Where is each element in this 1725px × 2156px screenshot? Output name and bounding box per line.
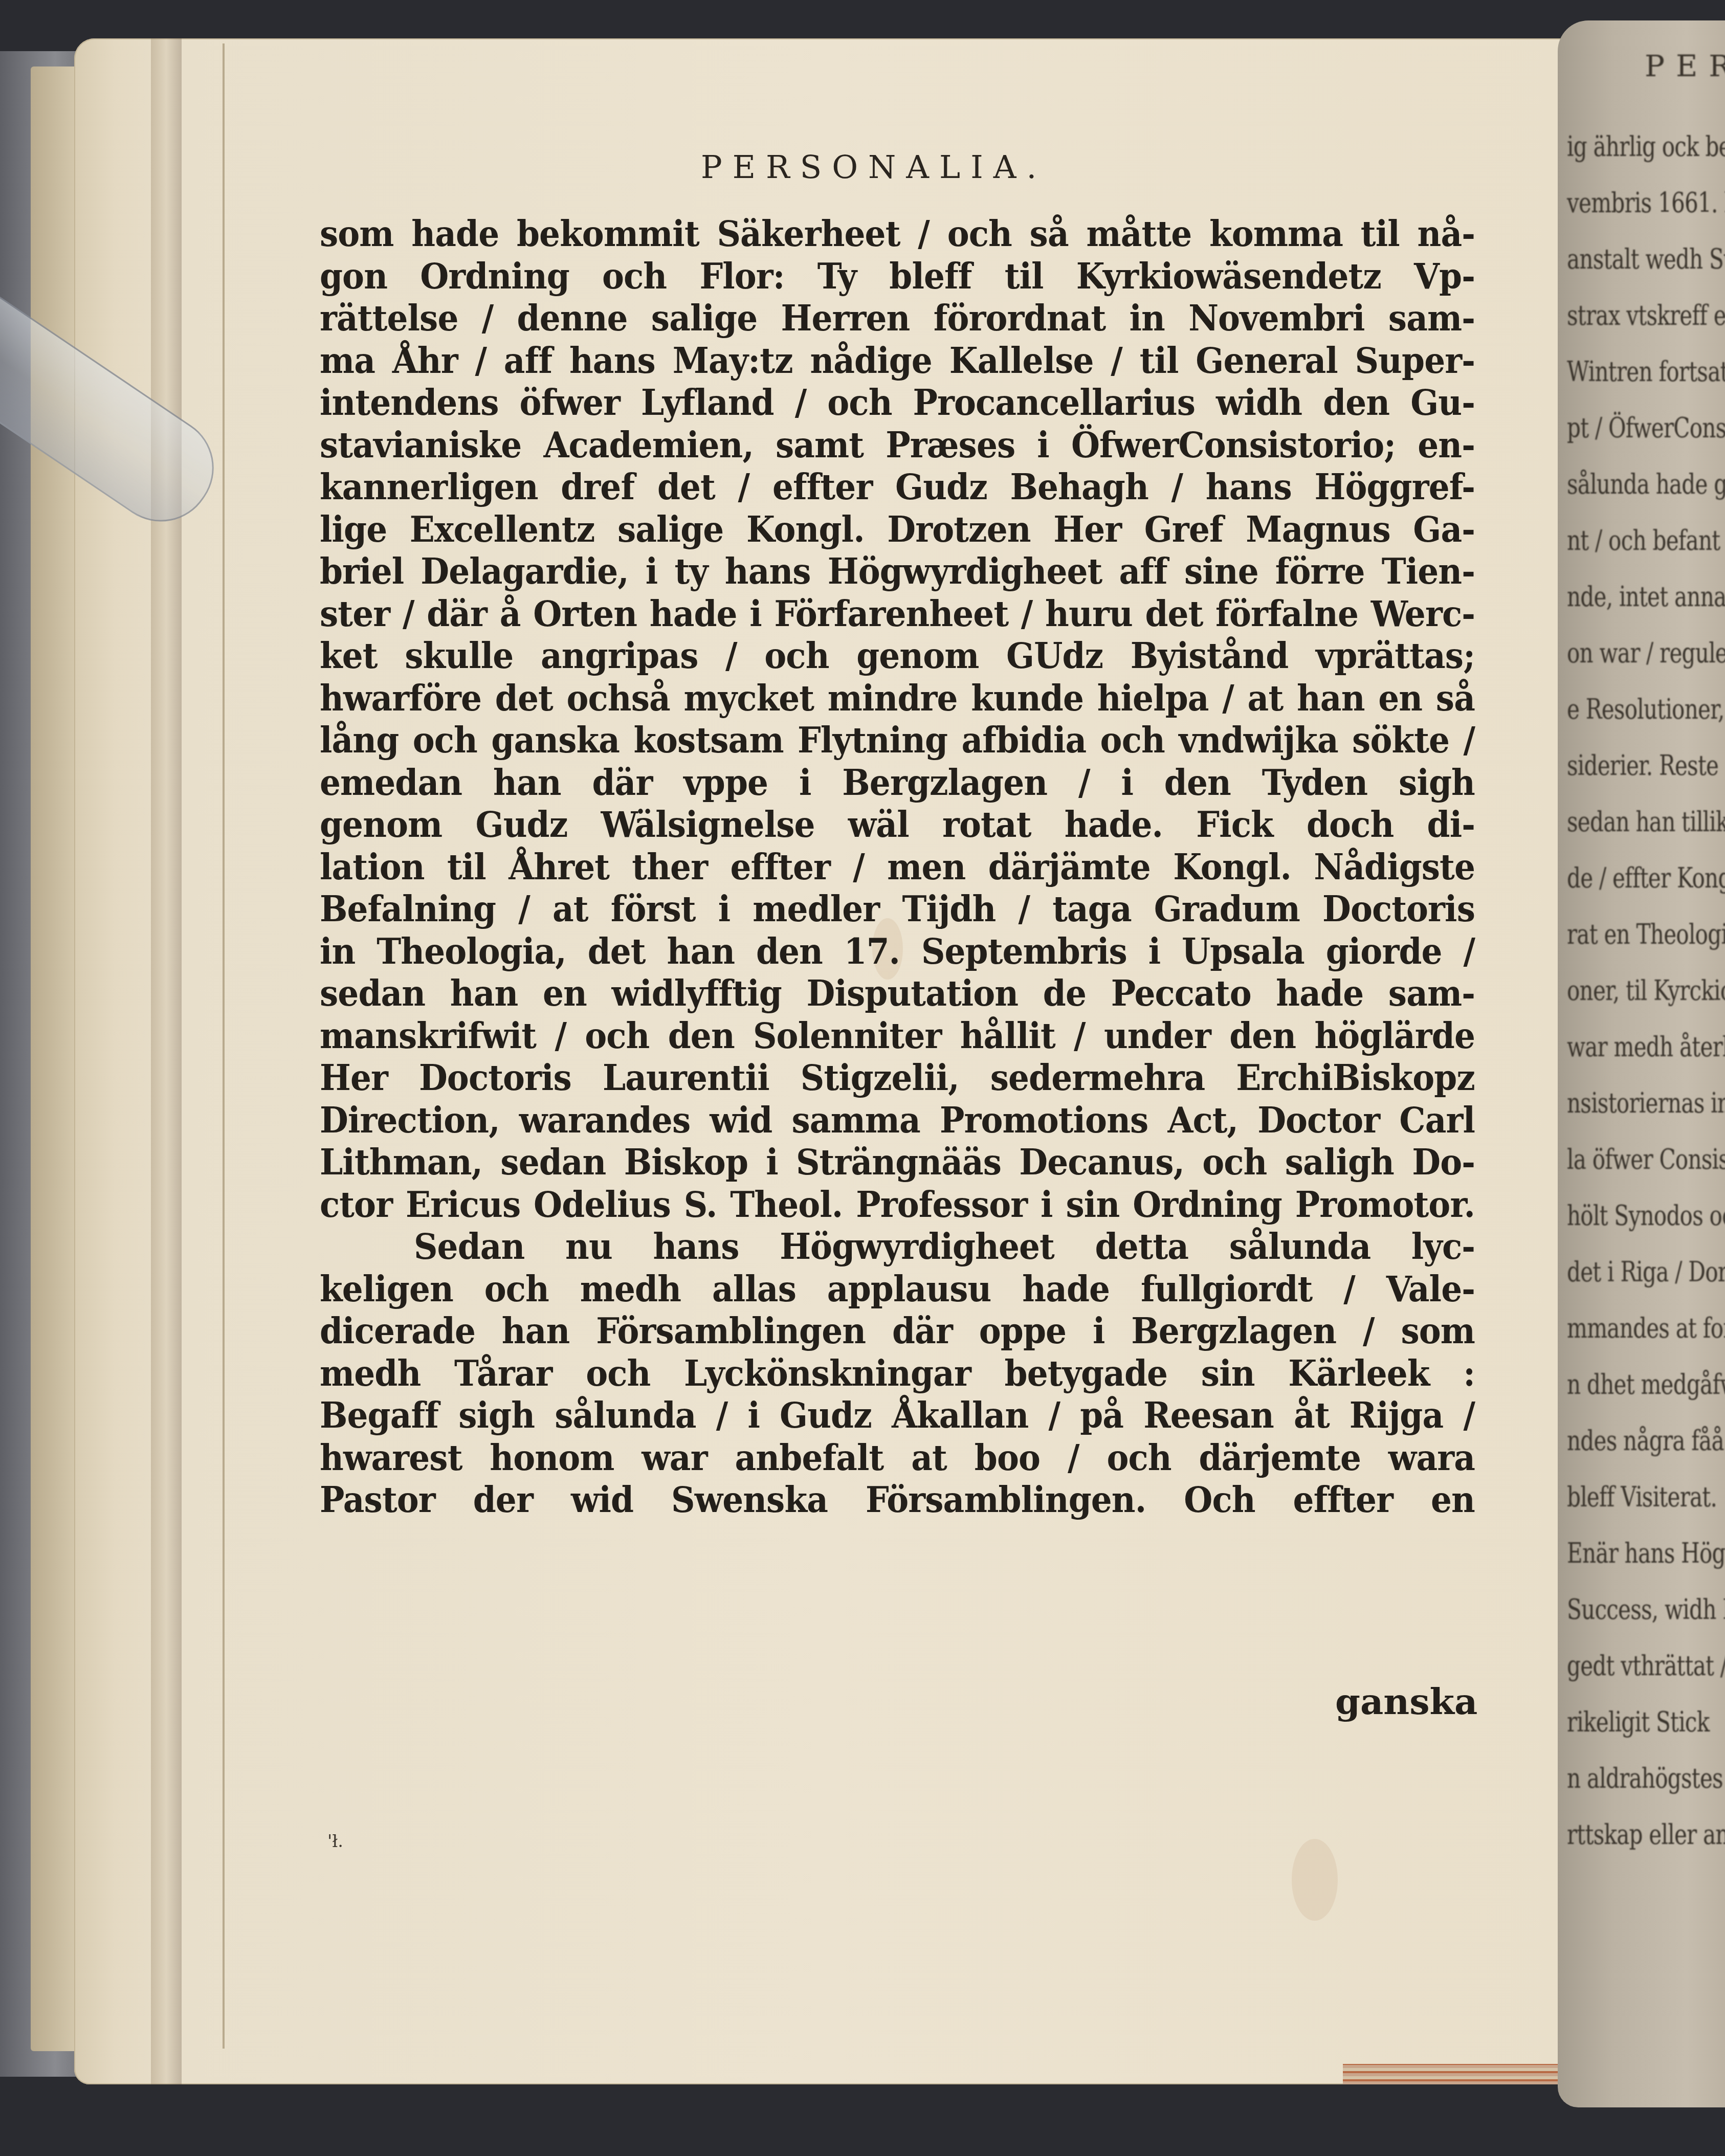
text-line: lige Excellentz salige Kongl. Drotzen He…: [320, 508, 1475, 550]
text-line: briel Delagardie, i ty hans Högwyrdighee…: [320, 550, 1475, 592]
text-line: Direction, warandes wid samma Promotions…: [320, 1099, 1475, 1141]
facing-text-line: nt / och befant huru d: [1567, 524, 1725, 557]
facing-text-line: ndes några fåå S: [1567, 1425, 1725, 1457]
facing-text-line: mmandes at forts: [1567, 1312, 1725, 1344]
facing-text-line: anstalt wedh Swensk: [1567, 243, 1725, 275]
text-line: stavianiske Academien, samt Præses i Öfw…: [320, 424, 1475, 466]
text-line: Befalning / at först i medler Tijdh / ta…: [320, 887, 1475, 930]
facing-text-line: rat en TheologistC: [1567, 918, 1725, 950]
red-page-edge: [1343, 2064, 1568, 2084]
facing-text-line: bleff Visiterat.: [1567, 1481, 1717, 1513]
text-line: lation til Åhret ther effter / men därjä…: [320, 846, 1475, 888]
facing-text-line: Enär hans Högw: [1567, 1537, 1725, 1569]
facing-text-line: gedt vthrättat /: [1567, 1650, 1725, 1682]
text-line: kannerligen dref det / effter Gudz Behag…: [320, 465, 1475, 508]
facing-text-line: nde, intet annars: [1567, 581, 1725, 613]
facing-text-line: n aldrahögstes allrå: [1567, 1762, 1725, 1794]
page-fold-line: [223, 43, 225, 2049]
text-line: ket skulle angripas / och genom GUdz Byi…: [320, 634, 1475, 677]
facing-text-line: la öfwer Consistori: [1567, 1143, 1725, 1175]
text-line: Pastor der wid Swenska Församblingen. Oc…: [320, 1478, 1475, 1521]
text-line: ster / där å Orten hade i Förfarenheet /…: [320, 592, 1475, 635]
text-line: ma Åhr / aff hans May:tz nådige Kallelse…: [320, 339, 1475, 382]
facing-text-line: rttskap eller ansökning: [1567, 1818, 1725, 1851]
facing-text-line: de / effter Kongl. M: [1567, 862, 1725, 894]
facing-text-line: hölt Synodos och: [1567, 1199, 1725, 1232]
facing-page-header: PERSO: [1645, 49, 1725, 83]
text-line: lång och ganska kostsam Flytning afbidia…: [320, 719, 1475, 761]
facing-text-line: sedan han tillika m: [1567, 806, 1725, 838]
facing-text-line: sålunda hade giord: [1567, 468, 1725, 500]
text-line: Lithman, sedan Biskop i Strängnääs Decan…: [320, 1141, 1475, 1183]
text-line: hwarest honom war anbefalt at boo / och …: [320, 1436, 1475, 1479]
text-line: ctor Ericus Odelius S. Theol. Professor …: [320, 1183, 1475, 1226]
facing-text-line: pt / ÖfwerConsistorian: [1567, 412, 1725, 444]
page-gutter: [151, 38, 182, 2084]
text-line: som hade bekommit Säkerheet / och så måt…: [320, 212, 1475, 255]
body-text: som hade bekommit Säkerheet / och så måt…: [320, 212, 1476, 1521]
text-line: dicerade han Församblingen där oppe i Be…: [320, 1309, 1475, 1352]
text-line: keligen och medh allas applausu hade ful…: [320, 1268, 1475, 1310]
text-line: gon Ordning och Flor: Ty bleff til Kyrki…: [320, 255, 1475, 297]
catchword: ganska: [1335, 1680, 1477, 1723]
text-line: Sedan nu hans Högwyrdigheet detta sålund…: [320, 1225, 1475, 1268]
facing-text-line: Success, widh K: [1567, 1593, 1725, 1626]
text-line: in Theologia, det han den 17. Septembris…: [320, 930, 1475, 972]
text-line: emedan han där vppe i Bergzlagen / i den…: [320, 761, 1475, 804]
facing-page-right: PERSO ig ährlig ock besinärligvembris 16…: [1558, 20, 1725, 2107]
facing-text-line: vembris 1661. hwarvpv: [1567, 187, 1725, 219]
facing-text-line: strax vtskreff en Visit: [1567, 299, 1725, 331]
facing-text-line: on war / reguleras: [1567, 637, 1725, 669]
text-line: medh Tårar och Lyckönskningar betygade s…: [320, 1352, 1475, 1394]
facing-text-line: oner, til Kyrckio Stat: [1567, 974, 1725, 1007]
text-line: genom Gudz Wälsignelse wäl rotat hade. F…: [320, 803, 1475, 846]
ink-smudge: 'ł.: [327, 1831, 343, 1852]
text-line: manskrifwit / och den Solenniter hållit …: [320, 1014, 1475, 1057]
facing-text-line: n dhet medgåfwo: [1567, 1368, 1725, 1401]
text-line: sedan han en widlyfftig Disputation de P…: [320, 972, 1475, 1014]
foxing-stain: [1292, 1839, 1338, 1921]
facing-text-line: siderier. Reste så: [1567, 749, 1725, 782]
facing-text-line: ig ährlig ock besinärlig: [1567, 130, 1725, 163]
text-line: rättelse / denne salige Herren förordnat…: [320, 297, 1475, 339]
page-header: PERSONALIA.: [701, 148, 1047, 186]
text-line: Begaff sigh sålunda / i Gudz Åkallan / p…: [320, 1394, 1475, 1436]
facing-text-line: e Resolutioner, vp: [1567, 693, 1725, 725]
facing-text-line: Wintren fortsattes /: [1567, 355, 1725, 388]
facing-text-line: war medh återkomm: [1567, 1031, 1725, 1063]
facing-text-line: nsistoriernas inrätt: [1567, 1087, 1725, 1119]
facing-text-line: rikeligit Stick: [1567, 1706, 1709, 1738]
text-line: Her Doctoris Laurentii Stigzelii, sederm…: [320, 1056, 1475, 1099]
facing-text-line: det i Riga / Dorpt: [1567, 1256, 1725, 1288]
text-line: hwarföre det ochså mycket mindre kunde h…: [320, 677, 1475, 719]
text-line: intendens öfwer Lyfland / och Procancell…: [320, 381, 1475, 424]
